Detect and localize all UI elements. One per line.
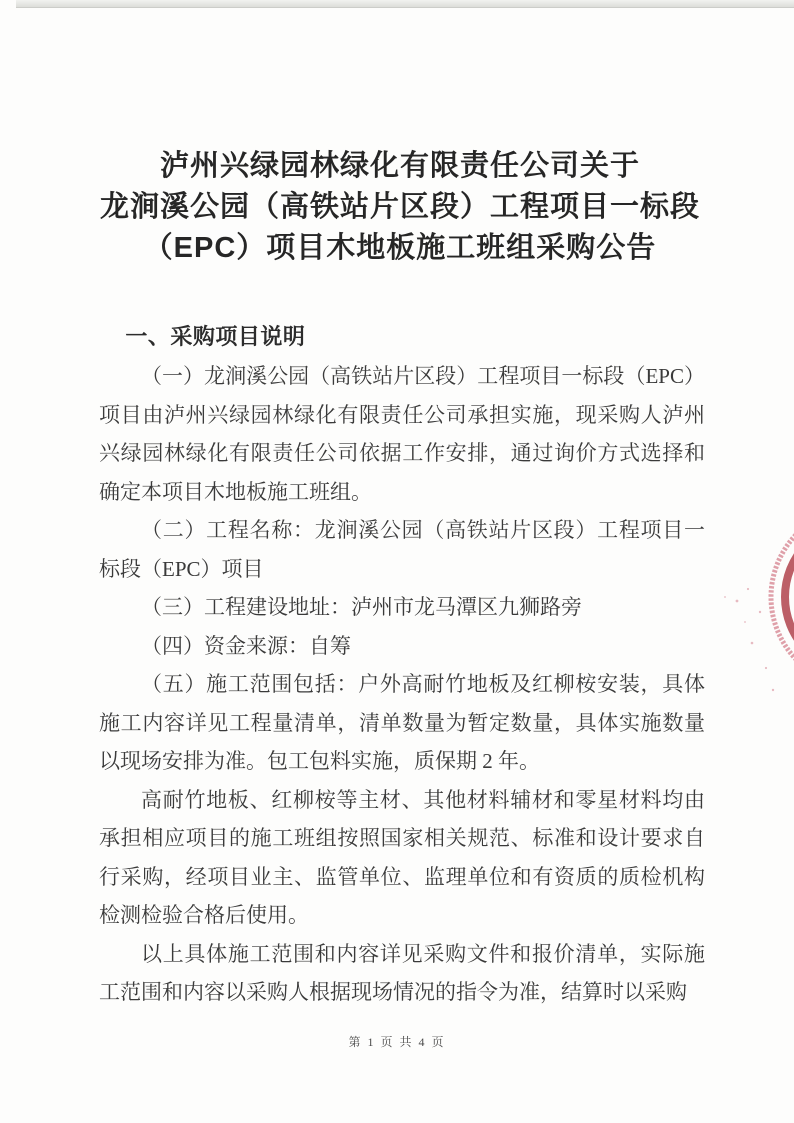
section-heading: 一、采购项目说明 [99, 316, 705, 357]
paragraph-5: （五）施工范围包括：户外高耐竹地板及红柳桉安装，具体施工内容详见工程量清单，清单… [99, 665, 705, 781]
paragraph-7: 以上具体施工范围和内容详见采购文件和报价清单，实际施工范围和内容以采购人根据现场… [99, 935, 705, 1012]
title-line-3: （EPC）项目木地板施工班组采购公告 [94, 228, 706, 269]
document-page: 泸州兴绿园林绿化有限责任公司关于 龙涧溪公园（高铁站片区段）工程项目一标段 （E… [0, 0, 794, 1123]
seal-inner-ring [785, 521, 794, 673]
document-body: 一、采购项目说明 （一）龙涧溪公园（高铁站片区段）工程项目一标段（EPC）项目由… [99, 316, 705, 1012]
title-line-2: 龙涧溪公园（高铁站片区段）工程项目一标段 [94, 187, 706, 228]
scan-edge-artifact [16, 0, 794, 8]
seal-ink-speckles [724, 588, 774, 691]
page-number-footer: 第 1 页 共 4 页 [0, 1033, 794, 1050]
paragraph-4: （四）资金来源：自筹 [99, 627, 705, 666]
document-title: 泸州兴绿园林绿化有限责任公司关于 龙涧溪公园（高铁站片区段）工程项目一标段 （E… [94, 146, 706, 269]
paragraph-3: （三）工程建设地址：泸州市龙马潭区九狮路旁 [99, 588, 705, 627]
title-line-1: 泸州兴绿园林绿化有限责任公司关于 [94, 146, 706, 187]
paragraph-2: （二）工程名称：龙涧溪公园（高铁站片区段）工程项目一标段（EPC）项目 [99, 511, 705, 588]
seal-outer-ring [771, 507, 794, 687]
paragraph-6: 高耐竹地板、红柳桉等主材、其他材料辅材和零星材料均由承担相应项目的施工班组按照国… [99, 781, 705, 935]
paragraph-1: （一）龙涧溪公园（高铁站片区段）工程项目一标段（EPC）项目由泸州兴绿园林绿化有… [99, 357, 705, 511]
